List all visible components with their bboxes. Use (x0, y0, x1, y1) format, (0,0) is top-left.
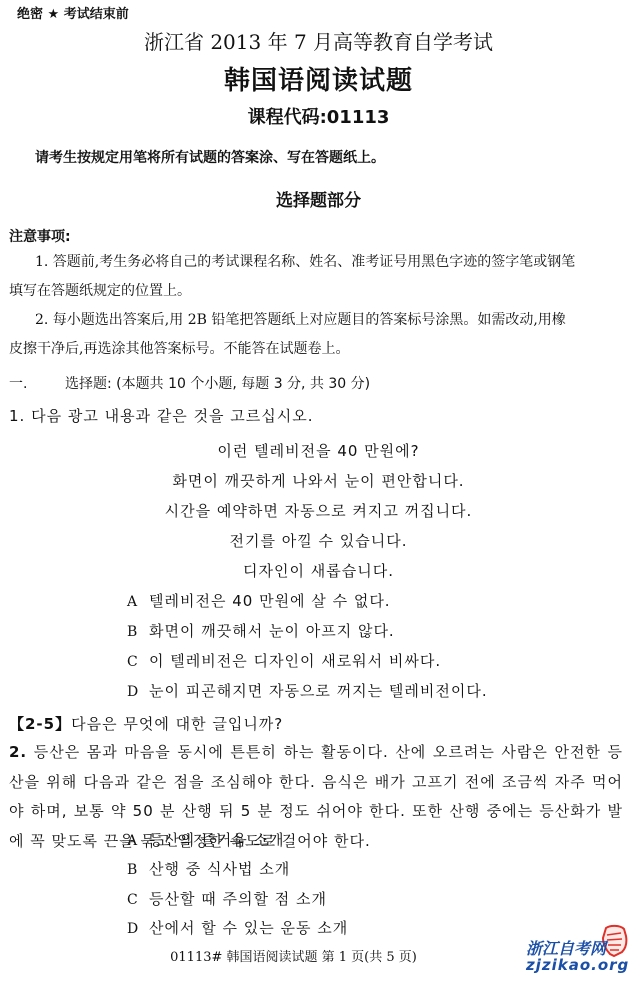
question-2-text: 등산은 몸과 마음을 동시에 튼튼히 하는 활동이다. 산에 오르려는 사람은 … (9, 743, 623, 850)
ad-line: 이런 텔레비전을 40 만원에? (0, 440, 637, 461)
question-1-stem: 1. 다음 광고 내용과 같은 것을 고르십시오. (9, 405, 314, 426)
group-range: 【2-5】 (9, 715, 71, 733)
note-1-line-2: 填写在答题纸规定的位置上。 (9, 280, 191, 300)
option-letter: C (127, 892, 149, 908)
site-watermark: 浙江自考网 zjzikao.org (520, 924, 632, 978)
option-letter: B (127, 862, 149, 878)
question-2-number: 2. (9, 743, 27, 761)
exam-title: 浙江省 2013 年 7 月高等教育自学考试 (0, 26, 637, 55)
exam-instruction: 请考生按规定用笔将所有试题的答案涂、写在答题纸上。 (35, 147, 385, 167)
question-2-passage: 2. 등산은 몸과 마음을 동시에 튼튼히 하는 활동이다. 산에 오르려는 사… (9, 738, 623, 856)
note-2-line-2: 皮擦干净后,再选涂其他答案标号。不能答在试题卷上。 (9, 338, 349, 358)
question-1-option-c: C이 텔레비전은 디자인이 새로워서 비싸다. (127, 650, 441, 671)
question-2-option-c: C등산할 때 주의할 점 소개 (127, 888, 327, 909)
option-text: 산행 중 식사법 소개 (149, 860, 290, 878)
option-text: 등산의 즐거움 소개 (149, 831, 284, 849)
note-1-line-1: 1. 答题前,考生务必将自己的考试课程名称、姓名、准考证号用黑色字迹的签字笔或钢… (35, 251, 575, 271)
paper-title: 韩国语阅读试题 (0, 60, 637, 97)
ad-line: 전기를 아낄 수 있습니다. (0, 530, 637, 551)
part-heading: 一.选择题: (本题共 10 个小题, 每题 3 分, 共 30 分) (9, 373, 370, 393)
notes-title: 注意事项: (9, 226, 71, 246)
confidentiality-label: 绝密 ★ 考试结束前 (17, 3, 129, 22)
part-title: 选择题: (本题共 10 个小题, 每题 3 分, 共 30 分) (65, 376, 370, 392)
option-letter: D (127, 921, 149, 937)
question-1-option-a: A텔레비전은 40 만원에 살 수 없다. (127, 590, 391, 611)
question-2-option-d: D산에서 할 수 있는 운동 소개 (127, 917, 348, 938)
option-letter: D (127, 684, 149, 700)
option-letter: C (127, 654, 149, 670)
ad-line: 시간을 예약하면 자동으로 켜지고 꺼집니다. (0, 500, 637, 521)
watermark-url: zjzikao.org (526, 956, 629, 974)
question-1-option-b: B화면이 깨끗해서 눈이 아프지 않다. (127, 620, 395, 641)
note-2-line-1: 2. 每小题选出答案后,用 2B 铅笔把答题纸上对应题目的答案标号涂黑。如需改动… (35, 309, 566, 329)
question-1-option-d: D눈이 피곤해지면 자동으로 꺼지는 텔레비전이다. (127, 680, 488, 701)
option-letter: A (127, 594, 149, 610)
ad-line: 화면이 깨끗하게 나와서 눈이 편안합니다. (0, 470, 637, 491)
option-text: 화면이 깨끗해서 눈이 아프지 않다. (149, 622, 395, 640)
option-text: 산에서 할 수 있는 운동 소개 (149, 919, 348, 937)
option-text: 눈이 피곤해지면 자동으로 꺼지는 텔레비전이다. (149, 682, 488, 700)
ad-line: 디자인이 새롭습니다. (0, 560, 637, 581)
option-text: 등산할 때 주의할 점 소개 (149, 890, 327, 908)
question-2-option-a: A등산의 즐거움 소개 (127, 829, 284, 850)
question-group-heading: 【2-5】다음은 무엇에 대한 글입니까? (9, 713, 283, 734)
option-text: 텔레비전은 40 만원에 살 수 없다. (149, 592, 391, 610)
course-code: 课程代码:01113 (0, 103, 637, 129)
option-letter: B (127, 624, 149, 640)
question-2-option-b: B산행 중 식사법 소개 (127, 858, 290, 879)
part-number: 一. (9, 373, 65, 393)
option-letter: A (127, 833, 149, 849)
option-text: 이 텔레비전은 디자인이 새로워서 비싸다. (149, 652, 441, 670)
group-prompt: 다음은 무엇에 대한 글입니까? (71, 715, 283, 733)
section-heading: 选择题部分 (0, 186, 637, 211)
